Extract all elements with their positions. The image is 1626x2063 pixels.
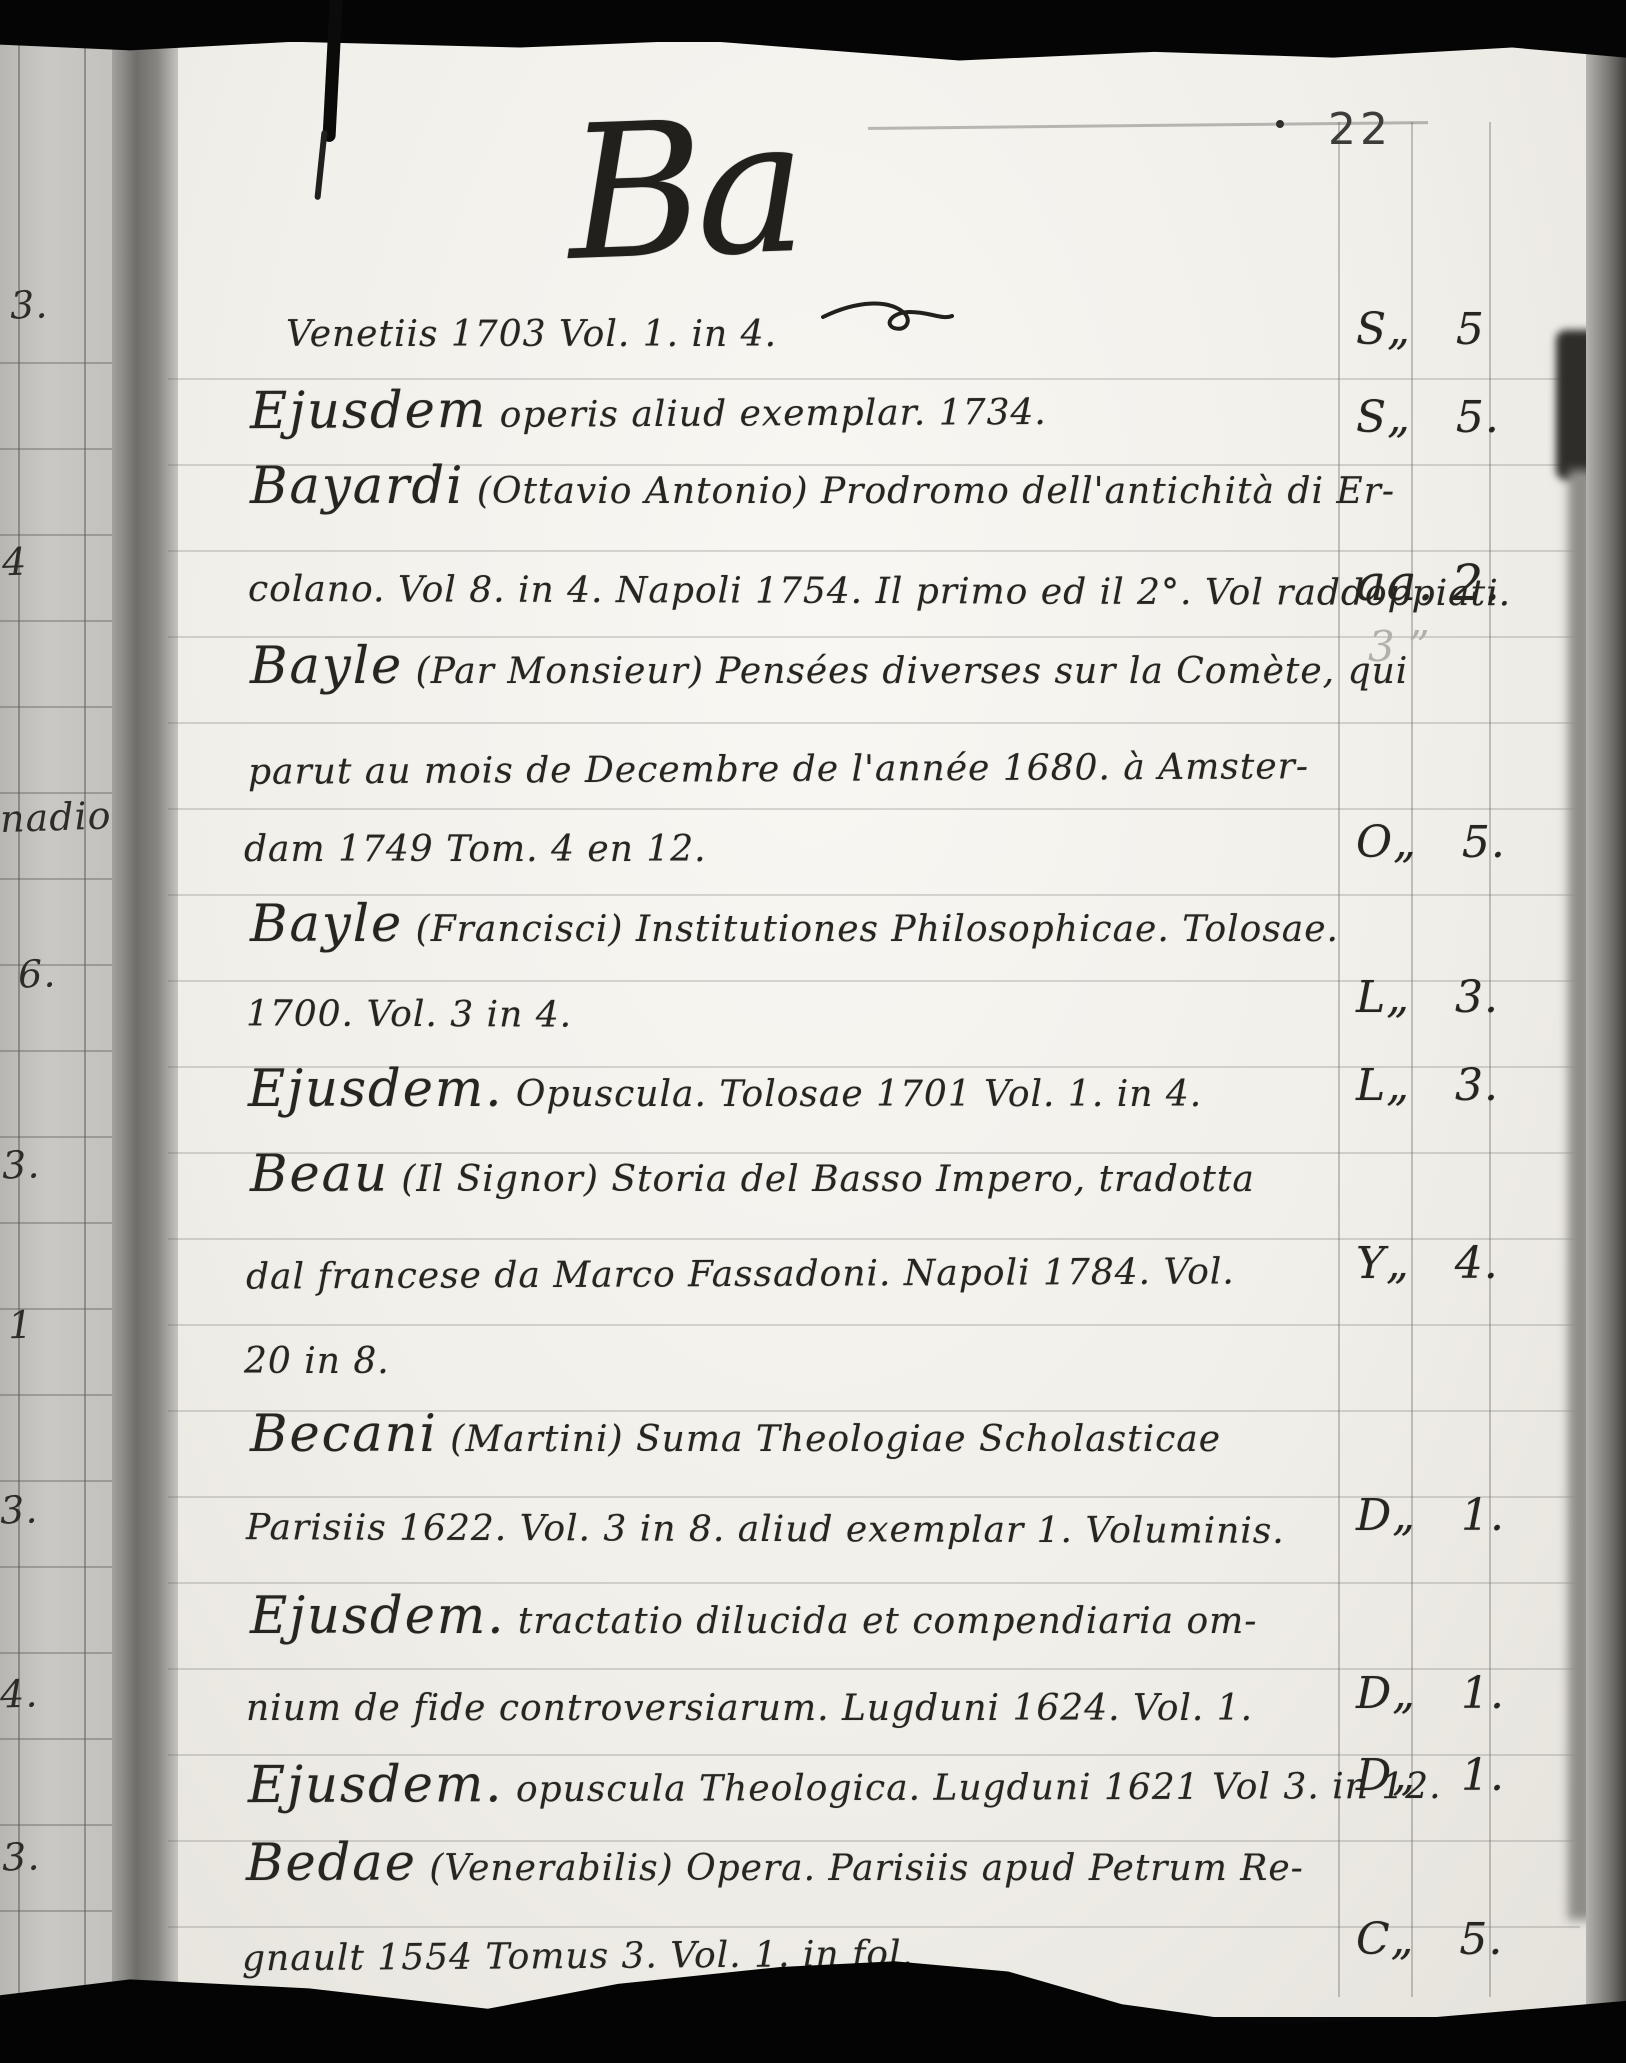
shelf-mark: S„ 5 (1356, 304, 1485, 355)
pencil-note: 3 ” (1368, 622, 1430, 671)
entry-line: Ejusdem. opuscula Theologica. Lugduni 16… (248, 1752, 1442, 1815)
shelf-mark: L„ 3. (1356, 972, 1499, 1023)
shelf-mark: D„ 1. (1356, 1490, 1505, 1541)
shelf-mark: aa. 2. (1356, 554, 1501, 612)
manuscript-scan: 3. 4 nadio. 6. 3. 1 3. 4. 3. 22 Ba Venet… (0, 0, 1626, 2063)
entry-line: dal francese da Marco Fassadoni. Napoli … (246, 1237, 1235, 1301)
heading-flourish-icon (818, 282, 958, 342)
facing-page-edge: 3. 4 nadio. 6. 3. 1 3. 4. 3. (0, 38, 118, 1998)
entry-line: Venetiis 1703 Vol. 1. in 4. (286, 300, 777, 359)
section-heading: Ba (564, 78, 802, 302)
shelf-mark: D„ 1. (1356, 1750, 1505, 1801)
ledger-ruled-lines (0, 278, 118, 1978)
ledger-ruled-lines (168, 294, 1580, 1994)
margin-fragment: 3. (9, 282, 49, 327)
entry-line: Beau (Il Signor) Storia del Basso Impero… (250, 1145, 1255, 1204)
entry-line: parut au mois de Decembre de l'année 168… (248, 732, 1309, 797)
shelf-mark: S„ 5. (1356, 392, 1500, 443)
margin-fragment: 3. (0, 1487, 39, 1532)
entry-line: colano. Vol 8. in 4. Napoli 1754. Il pri… (248, 555, 1511, 618)
entry-line: 20 in 8. (244, 1327, 390, 1386)
book-fore-edge (1586, 0, 1626, 2063)
entry-line: Ejusdem. Opuscula. Tolosae 1701 Vol. 1. … (248, 1060, 1202, 1119)
shelf-mark: O„ 5. (1356, 817, 1506, 868)
margin-fragment: nadio. (0, 793, 125, 841)
margin-fragment: 3. (1, 1834, 41, 1879)
margin-fragment: 4 (1, 540, 28, 585)
entry-line: Becani (Martini) Suma Theologiae Scholas… (250, 1405, 1221, 1464)
entry-line: Bayardi (Ottavio Antonio) Prodromo dell'… (250, 457, 1395, 516)
entry-line: dam 1749 Tom. 4 en 12. (244, 815, 707, 874)
catalog-page: 22 Ba Venetiis 1703 Vol. 1. in 4. Ejusde… (178, 42, 1590, 2017)
entry-line: nium de fide controversiarum. Lugduni 16… (246, 1674, 1253, 1733)
margin-fragment: 6. (17, 951, 57, 996)
margin-fragment: 4. (0, 1671, 39, 1716)
entry-line: Ejusdem operis aliud exemplar. 1734. (250, 378, 1047, 441)
shelf-mark: L„ 3. (1356, 1060, 1499, 1111)
entry-line: 1700. Vol. 3 in 4. (246, 979, 572, 1039)
entry-line: Bedae (Venerabilis) Opera. Parisiis apud… (246, 1834, 1304, 1893)
shelf-mark: Y„ 4. (1356, 1238, 1499, 1289)
entry-line: Ejusdem. tractatio dilucida et compendia… (250, 1587, 1257, 1646)
margin-fragment: 1 (7, 1303, 34, 1348)
shelf-mark: D„ 1. (1356, 1668, 1505, 1719)
shelf-column-line (1338, 122, 1340, 1997)
entry-line: Bayle (Par Monsieur) Pensées diverses su… (250, 637, 1408, 696)
entry-line: Bayle (Francisci) Institutiones Philosop… (250, 895, 1339, 954)
margin-fragment: 3. (1, 1142, 41, 1187)
shelf-mark: C„ 5. (1356, 1914, 1503, 1965)
entry-line: Parisiis 1622. Vol. 3 in 8. aliud exempl… (246, 1493, 1285, 1556)
page-number: 22 (1328, 104, 1392, 155)
